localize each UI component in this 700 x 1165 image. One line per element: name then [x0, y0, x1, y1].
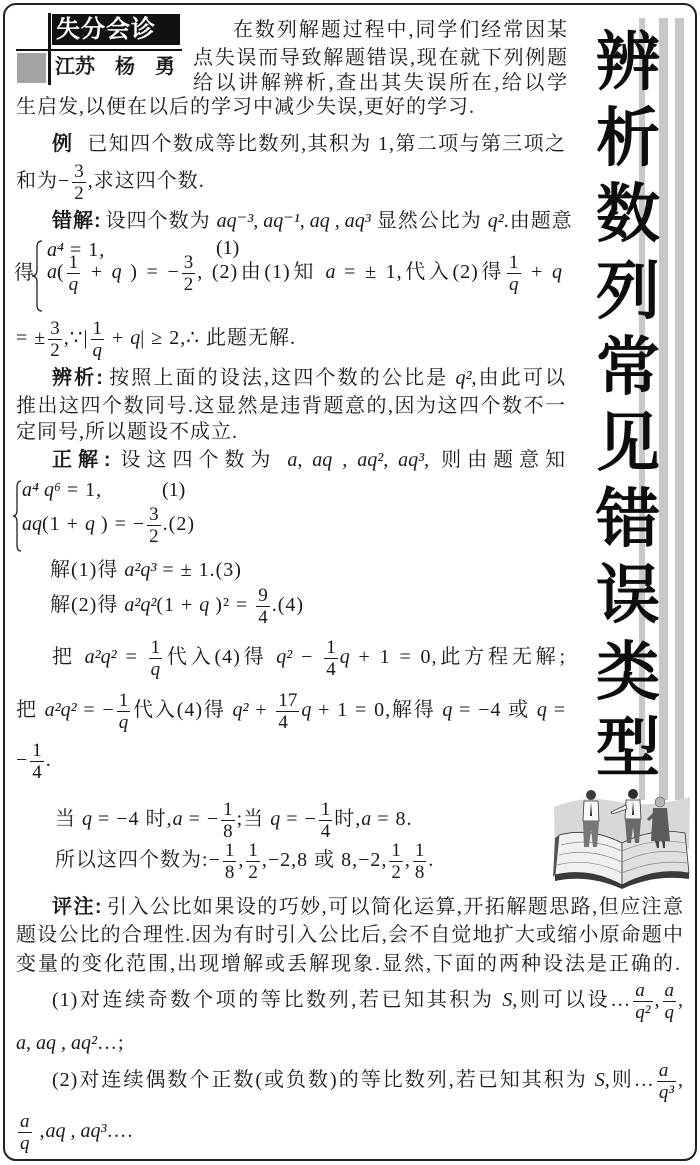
- math-expr: a: [326, 261, 336, 283]
- text-run: 把: [52, 646, 85, 668]
- text-run: + 1 = 0,此方程无解;: [350, 646, 566, 668]
- fraction-numerator: 1: [413, 840, 427, 862]
- text-run: 代入(4)得: [132, 699, 232, 721]
- math-expr: q: [552, 261, 562, 283]
- math-expr: q²: [455, 367, 471, 389]
- text-run: | ≥ 2,∴ 此题无解.: [140, 327, 296, 349]
- fraction: 32: [72, 161, 86, 204]
- math-expr: q²: [276, 646, 292, 668]
- text-run: (1 +: [42, 513, 85, 535]
- fraction-numerator: a: [18, 1111, 32, 1133]
- title-char: 见: [590, 405, 666, 481]
- fraction: 18: [413, 840, 427, 883]
- fraction-denominator: 2: [389, 862, 403, 883]
- text-run: ,: [655, 989, 661, 1011]
- fraction: 18: [221, 799, 235, 842]
- fraction-numerator: 1: [67, 252, 81, 274]
- text-run: .由题意: [504, 210, 573, 232]
- comment-line-6: (2)对连续偶数个正数(或负数)的等比数列,若已知其积为 S,则…aq³,: [52, 1067, 684, 1093]
- left-brace-icon: [31, 240, 43, 312]
- column-tag: 失分会诊: [56, 16, 156, 43]
- wrong-solution-line-1: 错解:设四个数为 aq⁻³, aq⁻¹, aq , aq³ 显然公比为 q².由…: [52, 208, 566, 234]
- text-run: =: [547, 699, 566, 721]
- intro-line: 生启发,以便在以后的学习中减少失误,更好的学习.: [16, 94, 475, 120]
- fraction-numerator: 1: [507, 252, 521, 274]
- correct-solution-line-6: −14.: [16, 747, 52, 773]
- math-expr: a: [361, 808, 371, 830]
- fraction-numerator: 1: [319, 799, 333, 821]
- text-run: …;: [97, 1032, 125, 1054]
- fraction-denominator: q²: [633, 1002, 652, 1023]
- comment-line-7: aq ,aq , aq³….: [16, 1118, 134, 1144]
- fraction: 12: [246, 840, 260, 883]
- math-expr: q: [442, 699, 452, 721]
- fraction: 18: [223, 840, 237, 883]
- equation-2: a(1q + q ) = −32, (2)由(1)知 a = ± 1,代入(2)…: [47, 259, 562, 285]
- text-run: +: [106, 327, 130, 349]
- math-expr: q: [340, 646, 350, 668]
- math-expr: a: [47, 261, 57, 283]
- math-expr: q: [82, 808, 92, 830]
- fraction-numerator: a: [663, 980, 677, 1002]
- fraction: aq³: [657, 1060, 676, 1103]
- fraction-denominator: 2: [182, 274, 196, 295]
- fraction-denominator: q: [507, 274, 521, 295]
- math-expr: q²: [232, 699, 248, 721]
- text-run: , 则由题意知: [424, 449, 566, 471]
- text-run: = −4 时,: [92, 808, 173, 830]
- math-expr: q: [85, 513, 95, 535]
- correct-solution-line-4: 把 a²q² = 1q代入(4)得 q² − 14q + 1 = 0,此方程无解…: [52, 644, 566, 670]
- equation-2: aq(1 + q ) = −32.(2): [22, 511, 195, 537]
- comment-line-2: 题设公比的合理性.因为有时引入公比后,会不自觉地扩大或缩小原命题中: [16, 922, 684, 948]
- text-run: = ± 1,代入(2)得: [336, 261, 505, 283]
- fraction: 1q: [507, 252, 521, 295]
- fraction-denominator: q: [149, 659, 163, 680]
- fraction-denominator: q: [663, 1002, 677, 1023]
- text-run: ,: [34, 1120, 46, 1142]
- fraction: 14: [319, 799, 333, 842]
- text-run: 当: [55, 808, 82, 830]
- text-run: 解(2)得: [50, 594, 124, 616]
- fraction-numerator: 1: [221, 799, 235, 821]
- math-expr: aq , aq³: [46, 1120, 107, 1142]
- fraction: aq: [18, 1111, 32, 1154]
- fraction-denominator: 2: [48, 340, 62, 361]
- text-run: 引入公比如果设的巧妙,可以简化运算,开拓解题思路,但应注意: [107, 896, 684, 918]
- fraction-numerator: 1: [246, 840, 260, 862]
- comment-line-1: 评注:引入公比如果设的巧妙,可以简化运算,开拓解题思路,但应注意: [52, 894, 684, 920]
- fraction-denominator: q: [67, 274, 81, 295]
- fraction-denominator: 4: [319, 821, 333, 842]
- fraction-numerator: 1: [30, 740, 44, 762]
- fraction-denominator: 4: [30, 762, 44, 783]
- text-run: 设这四个数为: [116, 449, 288, 471]
- title-char: 型: [590, 710, 666, 786]
- text-run: =: [117, 646, 147, 668]
- text-run: +: [523, 261, 553, 283]
- fraction: 32: [147, 504, 161, 547]
- fraction: 1q: [91, 318, 105, 361]
- fraction-numerator: 17: [276, 690, 299, 712]
- correct-solution-line-7: 当 q = −4 时,a = −18;当 q = −14时,a = 8.: [55, 806, 413, 832]
- math-expr: S: [502, 989, 512, 1011]
- fraction-numerator: 1: [117, 690, 131, 712]
- text-run: ,: [238, 849, 244, 871]
- fraction-numerator: 1: [149, 637, 163, 659]
- text-run: ,则可以设…: [512, 989, 631, 1011]
- text-run: 时,: [334, 808, 361, 830]
- fraction-numerator: 3: [182, 252, 196, 274]
- fraction-numerator: 1: [324, 637, 338, 659]
- text-run: ,求这四个数.: [88, 170, 205, 192]
- text-run: ,则…: [605, 1069, 655, 1091]
- math-expr: q: [270, 808, 280, 830]
- header-horizontal-rule: [16, 49, 182, 51]
- text-run: = ± 1.(3): [156, 559, 242, 581]
- fraction: 94: [256, 585, 270, 628]
- title-char: 错: [590, 481, 666, 557]
- math-expr: a²q²: [85, 646, 117, 668]
- text-run: (2)对连续偶数个正数(或负数)的等比数列,若已知其积为: [52, 1069, 595, 1091]
- text-run: 已知四个数成等比数列,其积为 1,第二项与第三项之: [87, 133, 566, 155]
- text-run: .: [46, 749, 52, 771]
- correct-solution-line-1: 正解:设这四个数为 a, aq , aq², aq³, 则由题意知: [52, 447, 566, 473]
- fraction-denominator: q³: [657, 1082, 676, 1103]
- text-run: = −: [77, 699, 115, 721]
- fraction: 12: [389, 840, 403, 883]
- equation-1: a⁴ q⁶ = 1,: [22, 477, 102, 503]
- fraction: 14: [30, 740, 44, 783]
- math-expr: a²q²: [124, 594, 156, 616]
- math-expr: aq⁻³, aq⁻¹, aq , aq³: [217, 210, 371, 232]
- fraction: 14: [324, 637, 338, 680]
- wrong-solution-label: 错解:: [52, 210, 102, 232]
- text-run: )² =: [209, 594, 254, 616]
- text-run: 代入(4)得: [164, 646, 276, 668]
- comment-line-4: (1)对连续奇数个项的等比数列,若已知其积为 S,则可以设…aq²,aq,: [52, 987, 684, 1013]
- math-expr: aq: [22, 513, 42, 535]
- fraction-denominator: q: [117, 712, 131, 733]
- fraction-denominator: 4: [276, 712, 299, 733]
- text-run: + 1 = 0,解得: [311, 699, 442, 721]
- intro-line: 给以讲解辨析,查出其失误所在,给以学: [193, 70, 568, 96]
- fraction: 32: [48, 318, 62, 361]
- math-expr: q²: [488, 210, 504, 232]
- text-run: 把: [16, 699, 45, 721]
- fraction-numerator: 1: [223, 840, 237, 862]
- analysis-line-2: 推出这四个数同号.这显然是违背题意的,因为这四个数不一: [16, 393, 566, 419]
- text-run: (: [57, 261, 65, 283]
- fraction-denominator: 8: [413, 862, 427, 883]
- fraction-numerator: 3: [147, 504, 161, 526]
- text-run: = 8.: [371, 808, 412, 830]
- text-run: = −: [280, 808, 317, 830]
- math-expr: q: [199, 594, 209, 616]
- equation-tag: (1): [216, 235, 239, 261]
- text-run: ;当: [237, 808, 271, 830]
- intro-line: 在数列解题过程中,同学们经常因某: [233, 17, 568, 43]
- left-brace-icon: [12, 480, 22, 552]
- fraction-denominator: q: [91, 340, 105, 361]
- text-run: = 1,: [61, 479, 102, 501]
- text-run: 设四个数为: [106, 210, 217, 232]
- correct-solution-line-2: 解(1)得 a²q³ = ± 1.(3): [50, 557, 242, 583]
- math-expr: a, aq , aq²: [16, 1032, 97, 1054]
- title-char: 列: [590, 253, 666, 329]
- text-run: = −: [183, 808, 220, 830]
- column-tag-box: 失分会诊: [52, 14, 180, 45]
- fraction: aq: [663, 980, 677, 1023]
- title-char: 数: [590, 176, 666, 252]
- text-run: .(4): [272, 594, 304, 616]
- fraction-denominator: 2: [246, 862, 260, 883]
- text-run: .(2): [163, 513, 195, 535]
- fraction-numerator: 3: [72, 161, 86, 183]
- text-run: ,−2,8 或 8,−2,: [262, 849, 388, 871]
- math-expr: S: [595, 1069, 605, 1091]
- fraction-numerator: 9: [256, 585, 270, 607]
- text-run: 由(1)知: [238, 261, 325, 283]
- analysis-line-3: 定同号,所以题设不成立.: [16, 419, 238, 445]
- title-char: 析: [590, 100, 666, 176]
- math-expr: a⁴: [47, 239, 64, 261]
- text-run: ,: [678, 1069, 684, 1091]
- fraction-denominator: q: [18, 1133, 32, 1154]
- fraction-denominator: 8: [221, 821, 235, 842]
- fraction: 1q: [117, 690, 131, 733]
- example-label: 例: [52, 133, 73, 155]
- fraction: aq²: [633, 980, 652, 1023]
- math-expr: q: [301, 699, 311, 721]
- text-run: (1 +: [156, 594, 199, 616]
- text-run: 和为−: [16, 170, 70, 192]
- text-run: ,: [678, 989, 684, 1011]
- text-run: , (2): [197, 261, 238, 283]
- math-expr: a, aq , aq², aq³: [287, 449, 424, 471]
- text-run: ,∵|: [64, 327, 89, 349]
- math-expr: q: [130, 327, 140, 349]
- fraction-numerator: a: [657, 1060, 676, 1082]
- example-line-2: 和为−32,求这四个数.: [16, 168, 205, 194]
- text-run: +: [82, 261, 112, 283]
- text-run: ) = −: [122, 261, 180, 283]
- math-expr: a⁴ q⁶: [22, 479, 61, 501]
- text-run: (1)对连续奇数个项的等比数列,若已知其积为: [52, 989, 502, 1011]
- text-run: 按照上面的设法,这四个数的公比是: [108, 367, 456, 389]
- fraction-denominator: 8: [223, 862, 237, 883]
- text-run: .: [428, 849, 434, 871]
- header-grey-square: [17, 53, 46, 83]
- text-run: ,由此可以: [471, 367, 566, 389]
- text-run: −: [16, 749, 28, 771]
- fraction-numerator: 1: [389, 840, 403, 862]
- text-run: = −4 或: [452, 699, 537, 721]
- text-run: 所以这四个数为:−: [55, 849, 221, 871]
- math-expr: a: [173, 808, 183, 830]
- title-char: 误: [590, 557, 666, 633]
- analysis-line-1: 辨析:按照上面的设法,这四个数的公比是 q²,由此可以: [52, 365, 566, 391]
- fraction-denominator: 4: [324, 659, 338, 680]
- title-char: 常: [590, 329, 666, 405]
- fraction-denominator: 4: [256, 607, 270, 628]
- fraction-numerator: 1: [91, 318, 105, 340]
- math-expr: a²q³: [124, 559, 156, 581]
- document-page: 失分会诊 江苏 杨 勇 辨 析 数 列 常 见 错 误 类 型: [0, 0, 700, 1165]
- fraction-denominator: 2: [72, 183, 86, 204]
- text-run: ….: [107, 1120, 134, 1142]
- math-expr: a²q²: [45, 699, 77, 721]
- math-expr: q: [112, 261, 122, 283]
- title-stripe: [675, 18, 684, 800]
- text-run: +: [248, 699, 274, 721]
- fraction: 1q: [67, 252, 81, 295]
- text-run: ,: [405, 849, 411, 871]
- text-run: 显然公比为: [371, 210, 488, 232]
- analysis-label: 辨析:: [52, 367, 104, 389]
- author-byline: 江苏 杨 勇: [55, 54, 175, 80]
- fraction-numerator: a: [633, 980, 652, 1002]
- text-run: = ±: [16, 327, 46, 349]
- wrong-solution-line-2: = ±32,∵|1q + q| ≥ 2,∴ 此题无解.: [16, 325, 296, 351]
- people-on-open-book-illustration: [553, 785, 691, 889]
- example-line-1: 例已知四个数成等比数列,其积为 1,第二项与第三项之: [52, 131, 566, 157]
- correct-solution-line-3: 解(2)得 a²q²(1 + q )² = 94.(4): [50, 592, 304, 618]
- text-run: −: [292, 646, 322, 668]
- title-char: 辨: [590, 24, 666, 100]
- comment-label: 评注:: [52, 896, 103, 918]
- text-run: ) = −: [95, 513, 145, 535]
- fraction: 1q: [149, 637, 163, 680]
- title-char: 类: [590, 634, 666, 710]
- fraction-denominator: 2: [147, 526, 161, 547]
- fraction: 32: [182, 252, 196, 295]
- equation-tag: (1): [162, 477, 185, 503]
- text-run: 解(1)得: [50, 559, 124, 581]
- math-expr: q: [537, 699, 547, 721]
- correct-solution-line-8: 所以这四个数为:−18,12,−2,8 或 8,−2,12,18.: [55, 847, 434, 873]
- correct-solution-line-5: 把 a²q² = −1q代入(4)得 q² + 174q + 1 = 0,解得 …: [16, 697, 566, 723]
- comment-line-3: 变量的变化范围,出现增解或丢解现象.显然,下面的两种设法是正确的.: [16, 951, 682, 977]
- comment-line-5: a, aq , aq²…;: [16, 1030, 125, 1056]
- intro-line: 点失误而导致解题错误,现在就下列例题: [193, 45, 568, 71]
- fraction-numerator: 3: [48, 318, 62, 340]
- correct-solution-label: 正解:: [52, 449, 112, 471]
- fraction: 174: [276, 690, 299, 733]
